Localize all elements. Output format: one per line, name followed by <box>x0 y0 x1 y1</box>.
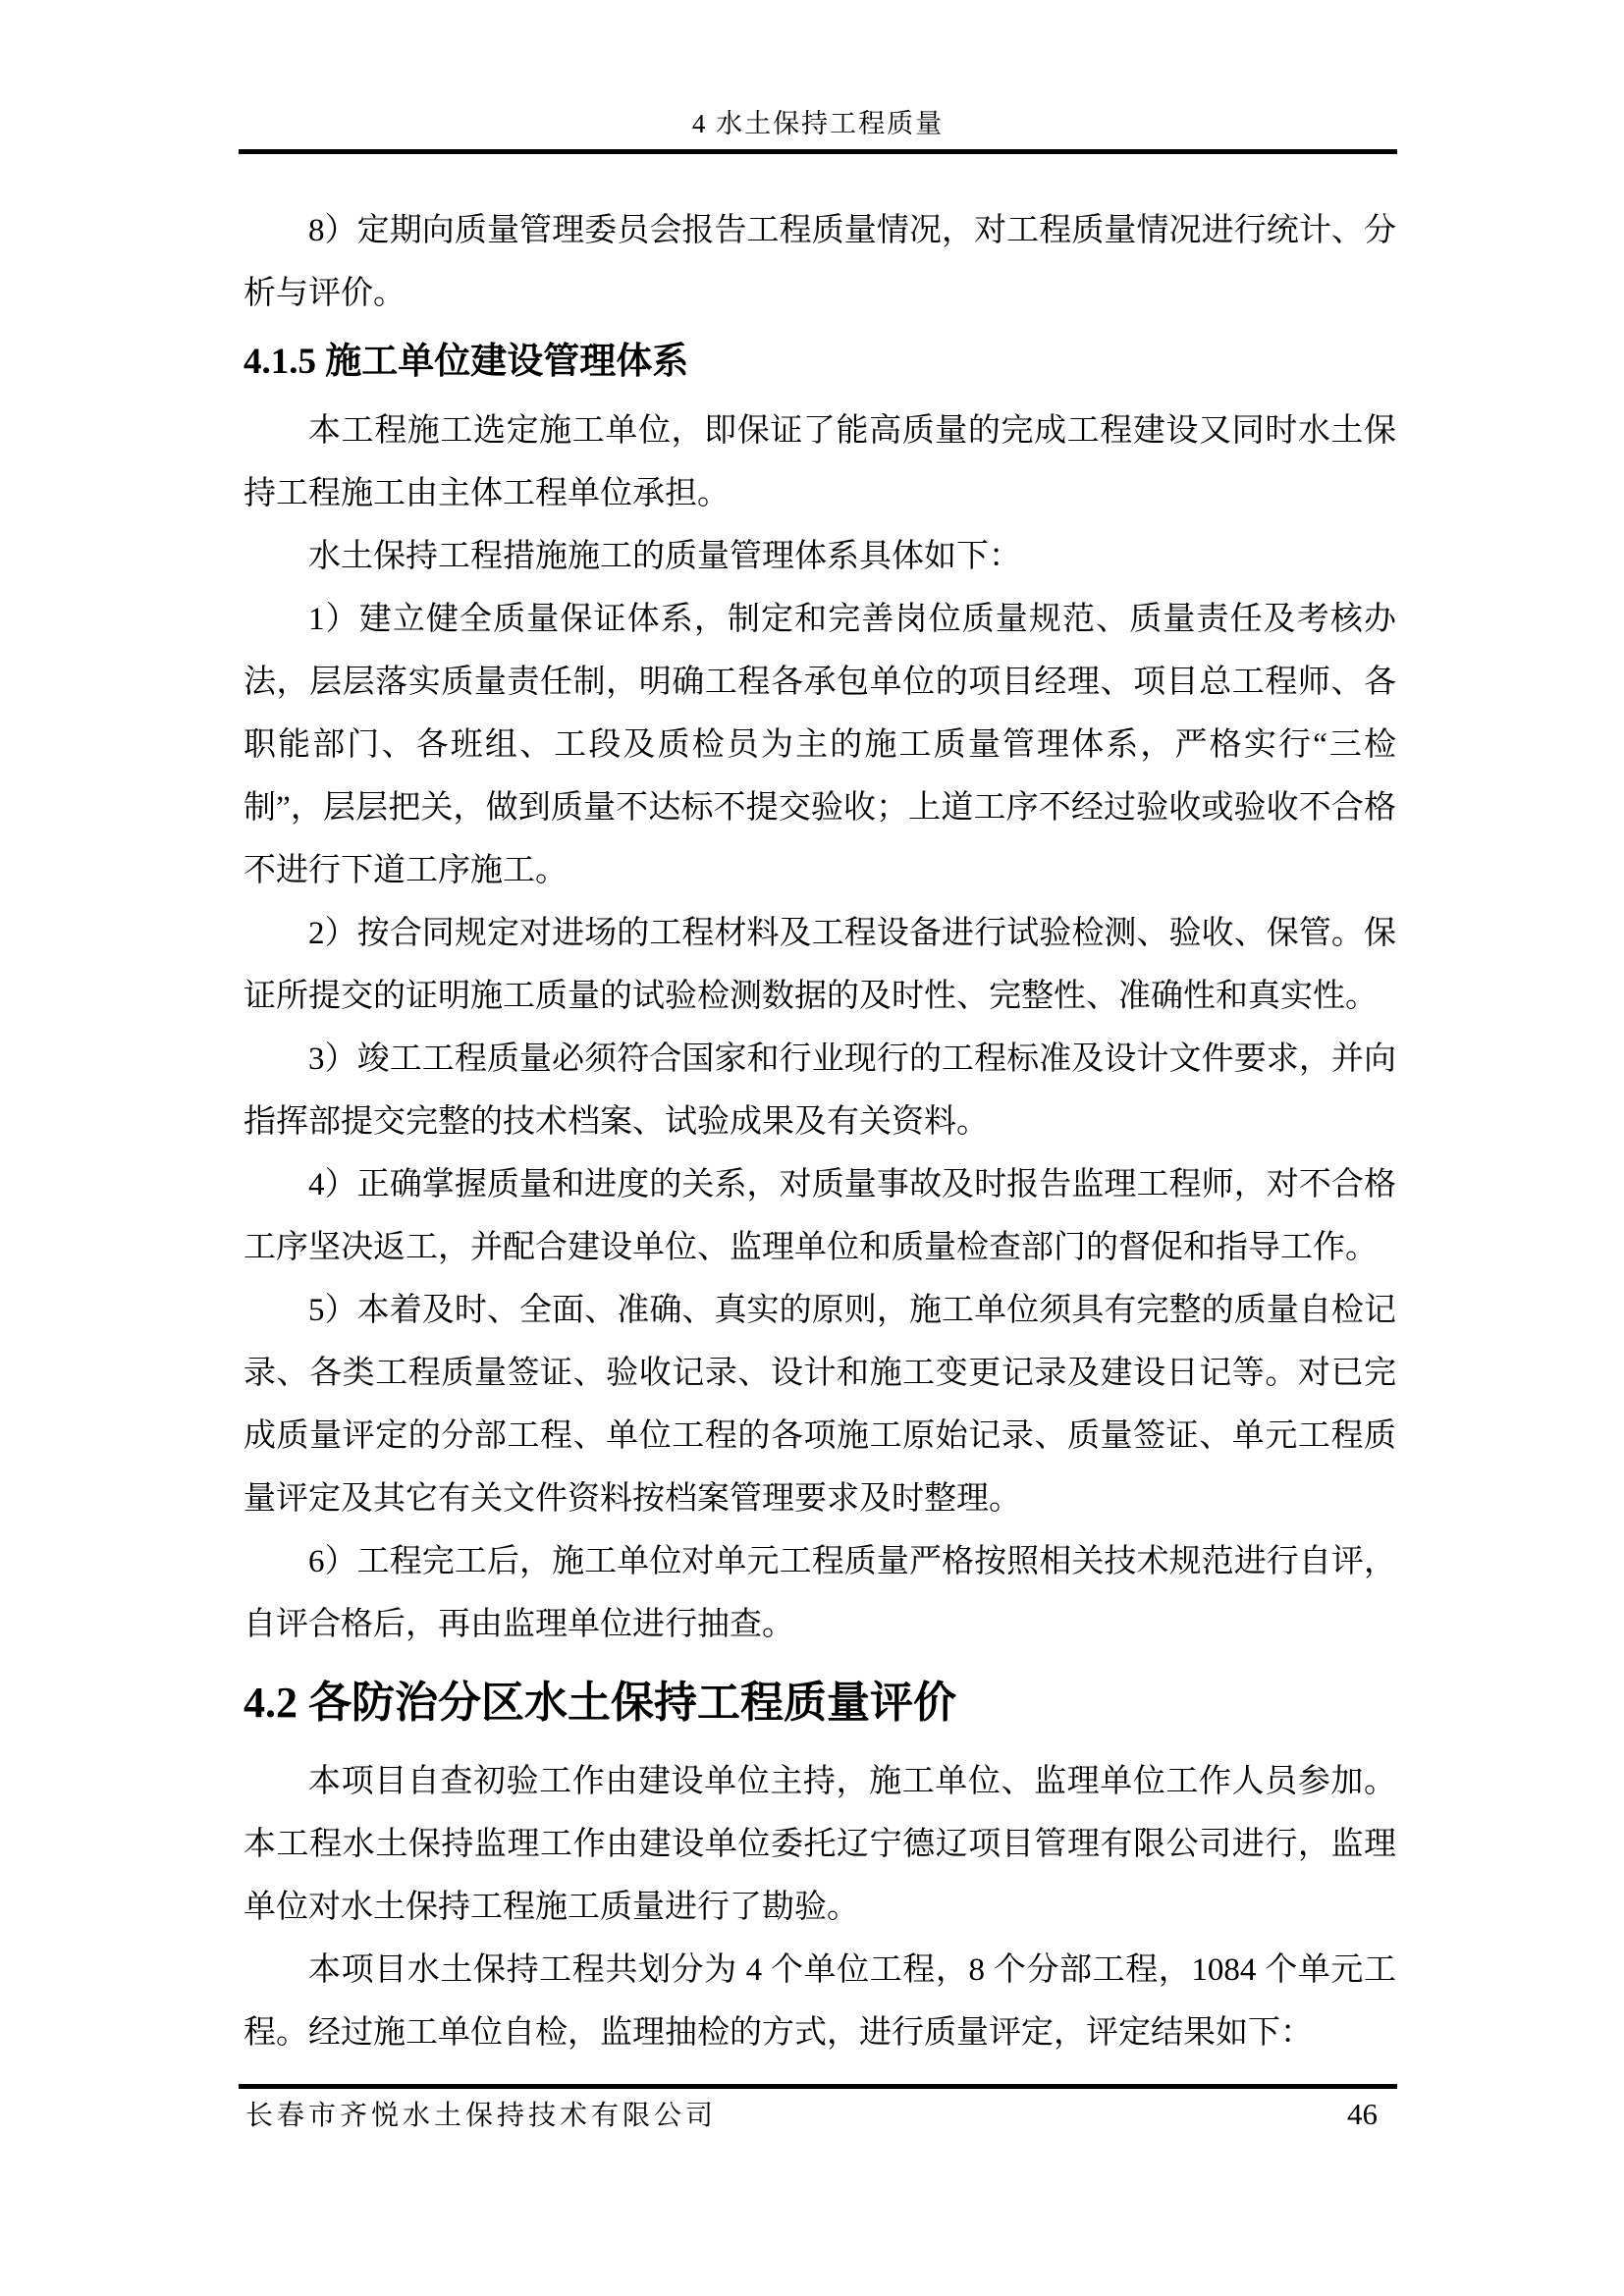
paragraph-item-2-material-inspection: 2）按合同规定对进场的工程材料及工程设备进行试验检测、验收、保管。保证所提交的证… <box>244 902 1396 1028</box>
section-heading-4-1-5: 4.1.5 施工单位建设管理体系 <box>244 341 1396 384</box>
paragraph-project-division-stats: 本项目水土保持工程共划分为 4 个单位工程，8 个分部工程，1084 个单元工程… <box>244 1939 1396 2064</box>
footer-rule <box>239 2084 1397 2089</box>
paragraph-item-1-quality-assurance: 1）建立健全质量保证体系，制定和完善岗位质量规范、质量责任及考核办法，层层落实质… <box>244 588 1396 902</box>
paragraph-construction-unit-selection: 本工程施工选定施工单位，即保证了能高质量的完成工程建设又同时水土保持工程施工由主… <box>244 400 1396 525</box>
document-page: 4 水土保持工程质量 8）定期向质量管理委员会报告工程质量情况，对工程质量情况进… <box>0 0 1624 2296</box>
paragraph-item-3-completion-standards: 3）竣工工程质量必须符合国家和行业现行的工程标准及设计文件要求，并向指挥部提交完… <box>244 1028 1396 1153</box>
header-rule <box>239 149 1397 154</box>
section-heading-4-2: 4.2 各防治分区水土保持工程质量评价 <box>244 1678 1396 1729</box>
footer-page-number: 46 <box>1340 2095 1384 2134</box>
paragraph-item-5-self-check-records: 5）本着及时、全面、准确、真实的原则，施工单位须具有完整的质量自检记录、各类工程… <box>244 1279 1396 1530</box>
paragraph-item-6-self-evaluation: 6）工程完工后，施工单位对单元工程质量严格按照相关技术规范进行自评，自评合格后，… <box>244 1530 1396 1656</box>
paragraph-item-4-quality-progress: 4）正确掌握质量和进度的关系，对质量事故及时报告监理工程师，对不合格工序坚决返工… <box>244 1153 1396 1279</box>
page-header-chapter-title: 4 水土保持工程质量 <box>239 108 1397 139</box>
paragraph-quality-system-intro: 水土保持工程措施施工的质量管理体系具体如下： <box>244 525 1396 588</box>
document-body: 8）定期向质量管理委员会报告工程质量情况，对工程质量情况进行统计、分析与评价。 … <box>244 199 1396 2064</box>
paragraph-8-report-quality: 8）定期向质量管理委员会报告工程质量情况，对工程质量情况进行统计、分析与评价。 <box>244 199 1396 325</box>
footer-company-name: 长春市齐悦水土保持技术有限公司 <box>245 2097 717 2136</box>
paragraph-self-inspection-work: 本项目自查初验工作由建设单位主持，施工单位、监理单位工作人员参加。本工程水土保持… <box>244 1750 1396 1939</box>
